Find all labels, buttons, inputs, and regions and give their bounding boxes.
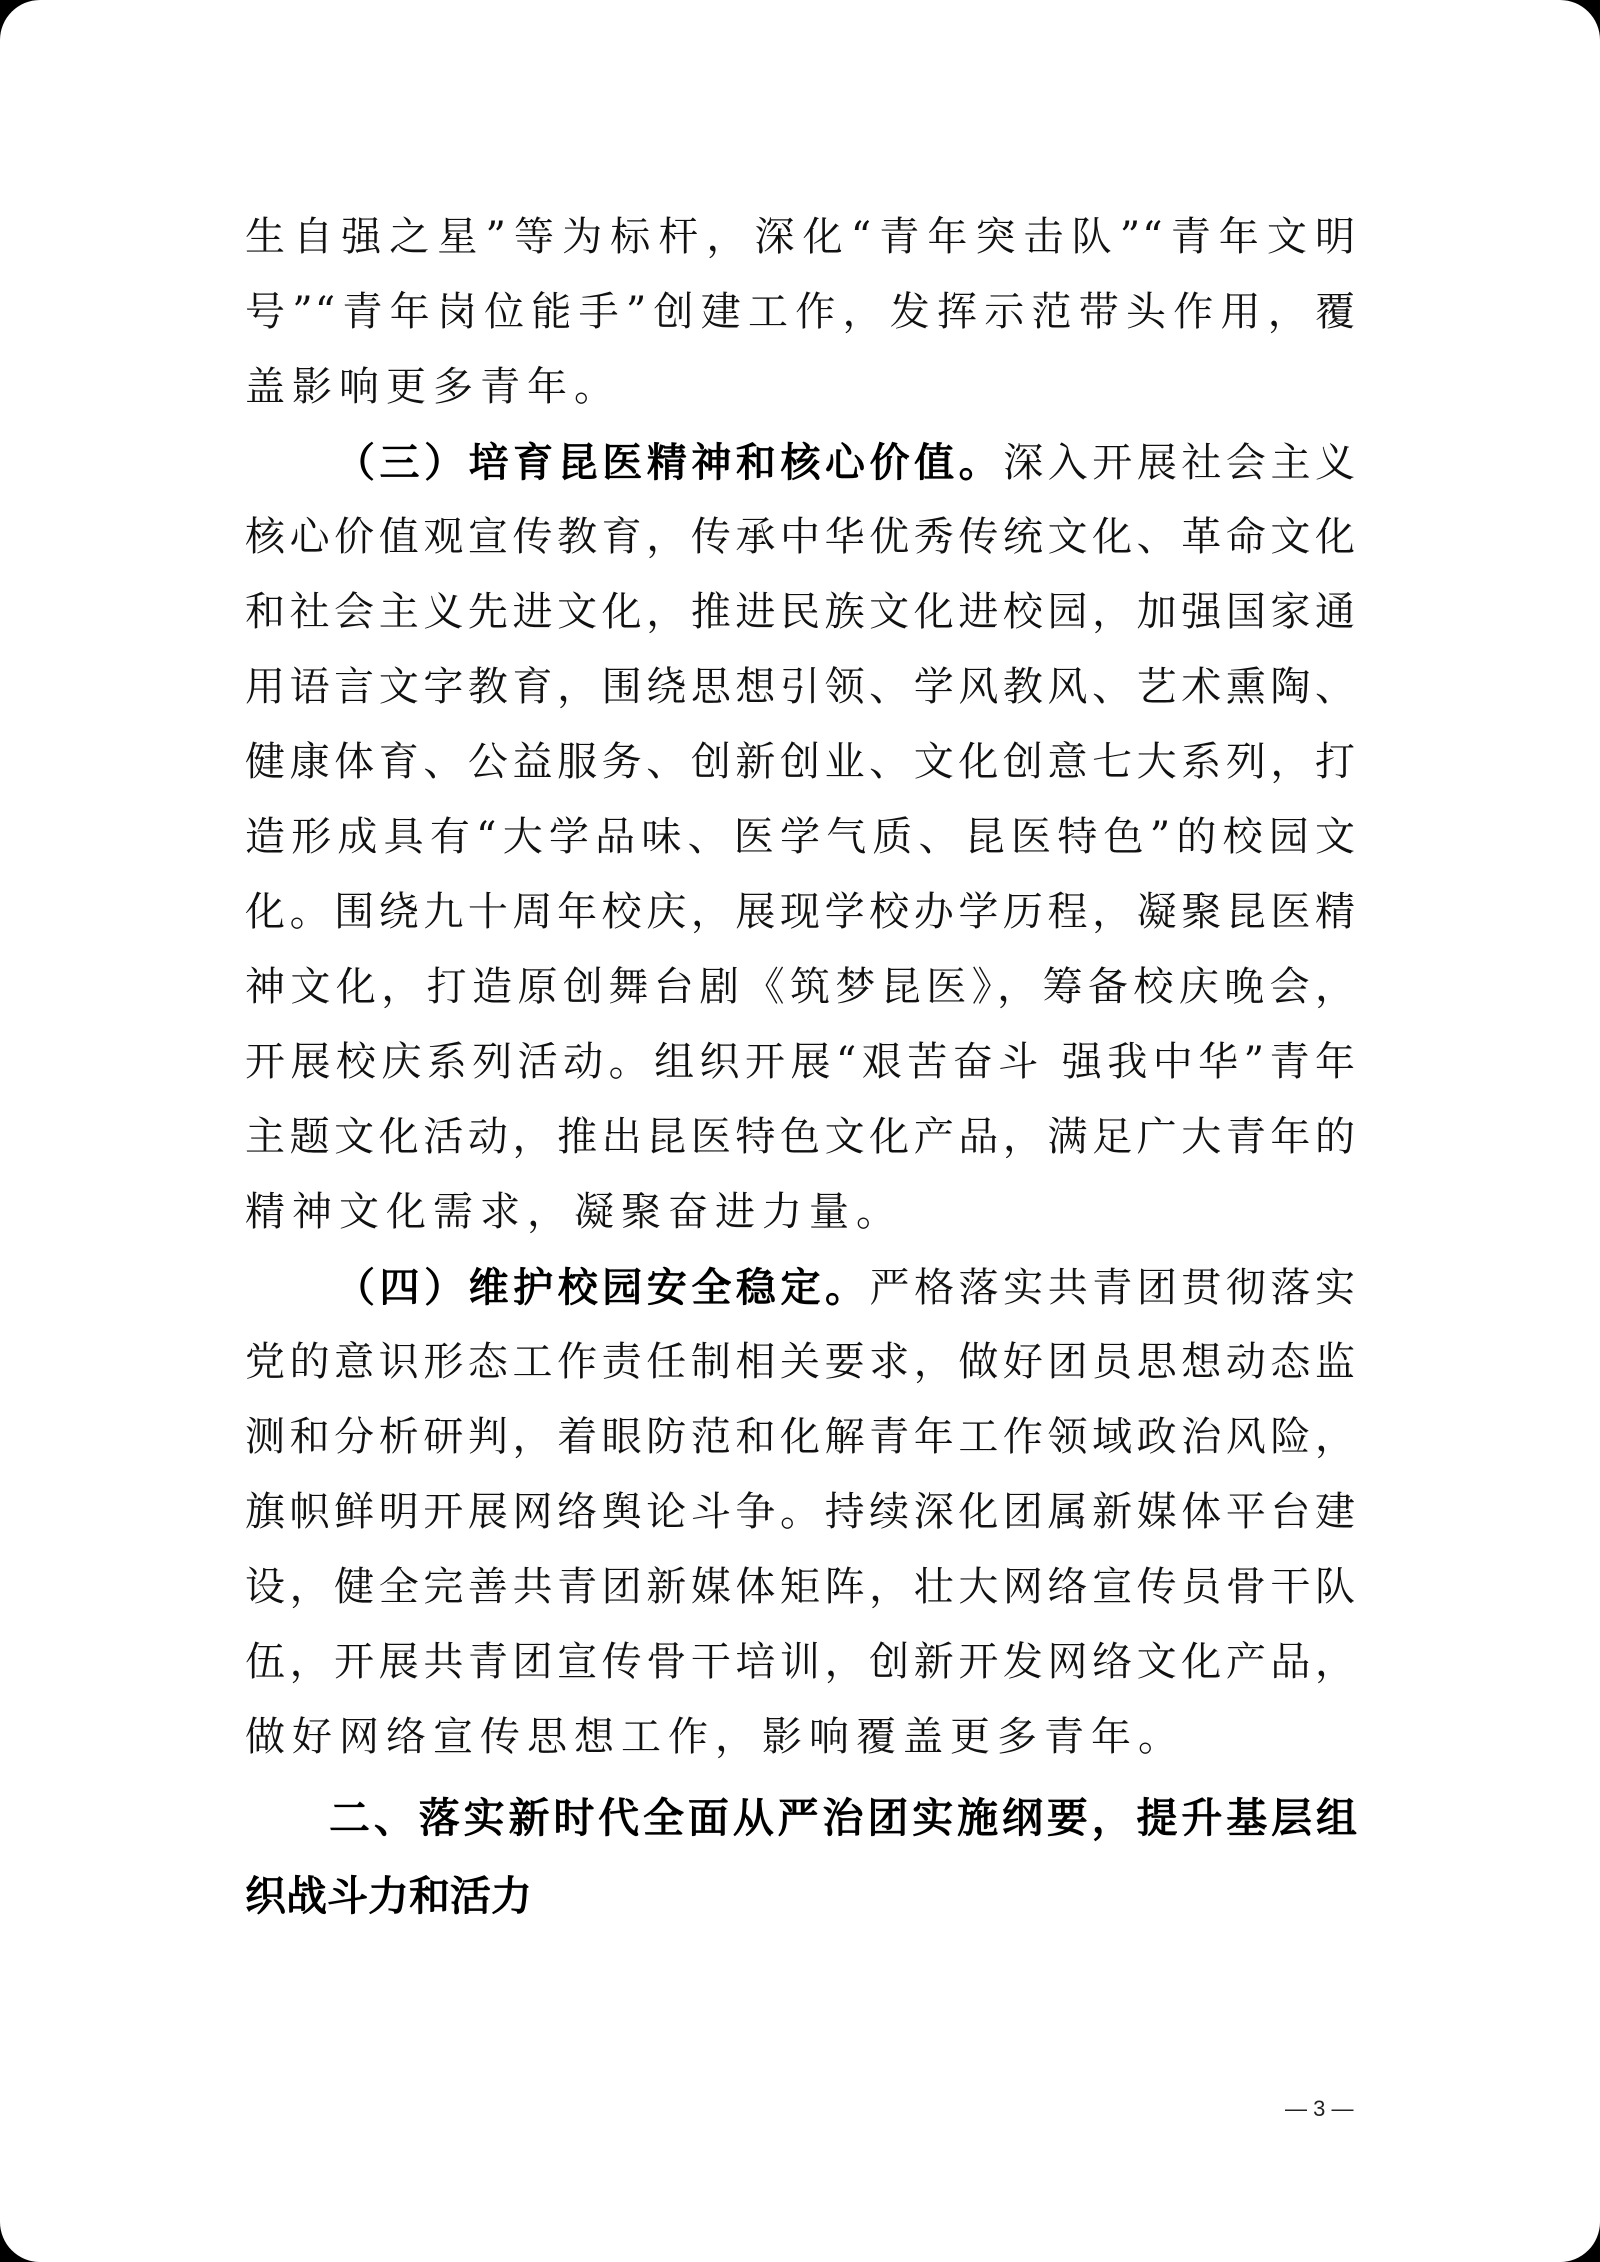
part-2-heading: 二、落实新时代全面从严治团实施纲要，提升基层组 织战斗力和活力 bbox=[245, 1779, 1357, 1935]
paragraph-continuation: 生自强之星”等为标杆，深化“青年突击队”“青年文明 号”“青年岗位能手”创建工作… bbox=[245, 200, 1357, 425]
text-line: 造形成具有“大学品味、医学气质、昆医特色”的校园文 bbox=[245, 800, 1357, 875]
page-number: — 3 — bbox=[1285, 2096, 1353, 2122]
text-line: 精神文化需求，凝聚奋进力量。 bbox=[245, 1175, 1357, 1250]
text-span: 严格落实共青团贯彻落实 bbox=[870, 1265, 1357, 1311]
text-line: 主题文化活动，推出昆医特色文化产品，满足广大青年的 bbox=[245, 1100, 1357, 1175]
text-line: 化。围绕九十周年校庆，展现学校办学历程，凝聚昆医精 bbox=[245, 875, 1357, 950]
text-line: 和社会主义先进文化，推进民族文化进校园，加强国家通 bbox=[245, 575, 1357, 650]
section-4-heading: （四）维护校园安全稳定。 bbox=[335, 1264, 870, 1311]
text-span: 深入开展社会主义 bbox=[1003, 440, 1357, 486]
text-line: 做好网络宣传思想工作，影响覆盖更多青年。 bbox=[245, 1700, 1357, 1775]
section-3-heading: （三）培育昆医精神和核心价值。 bbox=[335, 439, 1003, 486]
text-line: 旗帜鲜明开展网络舆论斗争。持续深化团属新媒体平台建 bbox=[245, 1475, 1357, 1550]
text-line: 神文化，打造原创舞台剧《筑梦昆医》，筹备校庆晚会， bbox=[245, 950, 1357, 1025]
text-line: 伍，开展共青团宣传骨干培训，创新开发网络文化产品， bbox=[245, 1625, 1357, 1700]
heading-line: 织战斗力和活力 bbox=[245, 1857, 1357, 1935]
text-line: 用语言文字教育，围绕思想引领、学风教风、艺术熏陶、 bbox=[245, 650, 1357, 725]
text-line: （三）培育昆医精神和核心价值。深入开展社会主义 bbox=[245, 425, 1357, 500]
text-line: 号”“青年岗位能手”创建工作，发挥示范带头作用，覆 bbox=[245, 275, 1357, 350]
paragraph-section-4: （四）维护校园安全稳定。严格落实共青团贯彻落实 党的意识形态工作责任制相关要求，… bbox=[245, 1250, 1357, 1775]
paragraph-section-3: （三）培育昆医精神和核心价值。深入开展社会主义 核心价值观宣传教育，传承中华优秀… bbox=[245, 425, 1357, 1250]
text-line: 设，健全完善共青团新媒体矩阵，壮大网络宣传员骨干队 bbox=[245, 1550, 1357, 1625]
text-line: （四）维护校园安全稳定。严格落实共青团贯彻落实 bbox=[245, 1250, 1357, 1325]
text-line: 盖影响更多青年。 bbox=[245, 350, 1357, 425]
page-body: 生自强之星”等为标杆，深化“青年突击队”“青年文明 号”“青年岗位能手”创建工作… bbox=[245, 200, 1357, 1935]
text-line: 开展校庆系列活动。组织开展“艰苦奋斗 强我中华”青年 bbox=[245, 1025, 1357, 1100]
text-line: 健康体育、公益服务、创新创业、文化创意七大系列，打 bbox=[245, 725, 1357, 800]
document-page: 生自强之星”等为标杆，深化“青年突击队”“青年文明 号”“青年岗位能手”创建工作… bbox=[0, 0, 1600, 2262]
text-line: 测和分析研判，着眼防范和化解青年工作领域政治风险， bbox=[245, 1400, 1357, 1475]
text-line: 核心价值观宣传教育，传承中华优秀传统文化、革命文化 bbox=[245, 500, 1357, 575]
text-line: 生自强之星”等为标杆，深化“青年突击队”“青年文明 bbox=[245, 200, 1357, 275]
heading-line: 二、落实新时代全面从严治团实施纲要，提升基层组 bbox=[245, 1779, 1357, 1857]
text-line: 党的意识形态工作责任制相关要求，做好团员思想动态监 bbox=[245, 1325, 1357, 1400]
